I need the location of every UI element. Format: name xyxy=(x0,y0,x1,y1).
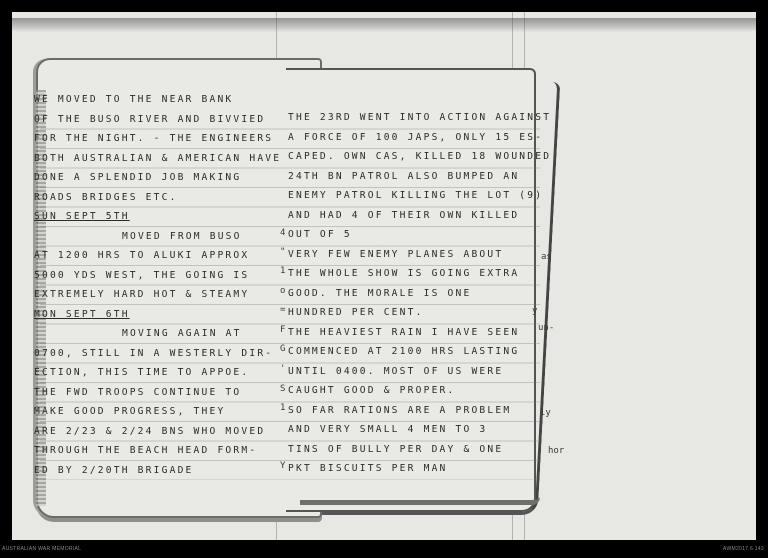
back-page-fragment: ly xyxy=(540,408,551,418)
diary-line-text: until 0400. Most of us were xyxy=(288,366,503,377)
diary-line-text: Very few enemy planes about xyxy=(288,249,503,260)
diary-line-text: commenced at 2100 hrs lasting xyxy=(288,346,519,357)
diary-line-text: ection, this time to Appoe. xyxy=(34,367,249,378)
diary-line: 24th Bn patrol also bumped an xyxy=(288,167,528,187)
diary-line: Moving again at xyxy=(34,324,284,344)
diary-line: at 1200 hrs to Aluki approx xyxy=(34,246,284,266)
margin-mark: " xyxy=(280,247,285,257)
diary-line-text: make good progress, they xyxy=(34,406,225,417)
back-page-fragment: un- xyxy=(538,323,554,333)
diary-line-text: 0700, still in a westerly dir- xyxy=(34,348,273,359)
scan-edge-shadow xyxy=(12,18,756,32)
diary-line: make good progress, they xyxy=(34,402,284,422)
diary-line-text: and very small 4 men to 3 xyxy=(288,424,487,435)
diary-line-text: The heaviest rain I have seen xyxy=(288,327,519,338)
margin-mark: Y xyxy=(280,461,285,471)
back-page-fragment: y xyxy=(532,306,537,316)
diary-line: 0700, still in a westerly dir- xyxy=(34,344,284,364)
diary-line: pkt biscuits per man xyxy=(288,459,528,479)
margin-mark: 4 xyxy=(280,228,285,238)
diary-line-text: Sun Sept 5th xyxy=(34,211,130,222)
diary-line: are 2/23 & 2/24 Bns who moved xyxy=(34,422,284,442)
margin-mark: 1 xyxy=(280,266,285,276)
margin-mark: 1 xyxy=(280,403,285,413)
diary-line: tins of bully per day & one xyxy=(288,440,528,460)
diary-line: roads bridges etc. xyxy=(34,188,284,208)
back-page-fragment: as xyxy=(541,252,552,262)
diary-line-text: roads bridges etc. xyxy=(34,192,178,203)
diary-line: The heaviest rain I have seen xyxy=(288,323,528,343)
diary-line-text: We moved to the near bank xyxy=(34,94,233,105)
diary-line-text: Moved from Buso xyxy=(122,231,242,242)
diary-line-text: done a splendid job making xyxy=(34,172,241,183)
diary-line-text: The fwd troops continue to xyxy=(34,387,241,398)
diary-line: The 23rd went into action against xyxy=(288,108,528,128)
right-page-text: The 23rd went into action againsta force… xyxy=(288,108,528,479)
diary-line: The whole show is going extra xyxy=(288,264,528,284)
diary-line-text: at 1200 hrs to Aluki approx xyxy=(34,250,249,261)
diary-line: for the night. - The engineers xyxy=(34,129,284,149)
diary-line: good. The morale is one xyxy=(288,284,528,304)
diary-line: Moved from Buso xyxy=(34,227,284,247)
diary-line: of the Buso River and bivvied xyxy=(34,110,284,130)
diary-line: The fwd troops continue to xyxy=(34,383,284,403)
margin-mark: o xyxy=(280,286,285,296)
diary-line: out of 5 xyxy=(288,225,528,245)
back-page-fragment: hor xyxy=(548,446,564,456)
diary-line: Very few enemy planes about xyxy=(288,245,528,265)
diary-line: 5000 yds west, the going is xyxy=(34,266,284,286)
diary-line-text: out of 5 xyxy=(288,229,352,240)
diary-line: ed by 2/20th Brigade xyxy=(34,461,284,481)
diary-line: We moved to the near bank xyxy=(34,90,284,110)
diary-line-text: enemy patrol killing the lot (9) xyxy=(288,190,543,201)
diary-line-text: ed by 2/20th Brigade xyxy=(34,465,194,476)
diary-line: commenced at 2100 hrs lasting xyxy=(288,342,528,362)
diary-line-text: a force of 100 Japs, only 15 es- xyxy=(288,132,543,143)
diary-line: and very small 4 men to 3 xyxy=(288,420,528,440)
left-page-text: We moved to the near bankof the Buso Riv… xyxy=(34,90,284,480)
diary-line-text: The whole show is going extra xyxy=(288,268,519,279)
diary-line-text: of the Buso River and bivvied xyxy=(34,114,265,125)
diary-line-text: So far rations are a problem xyxy=(288,405,511,416)
diary-line-text: for the night. - The engineers xyxy=(34,133,273,144)
diary-line-text: Moving again at xyxy=(122,328,242,339)
diary-line-text: caught good & proper. xyxy=(288,385,456,396)
diary-line-text: and had 4 of their own killed xyxy=(288,210,519,221)
diary-line-text: pkt biscuits per man xyxy=(288,463,448,474)
diary-line-text: good. The morale is one xyxy=(288,288,471,299)
diary-line-text: extremely hard hot & steamy xyxy=(34,289,249,300)
diary-line: both Australian & American have xyxy=(34,149,284,169)
diary-line: done a splendid job making xyxy=(34,168,284,188)
margin-mark: = xyxy=(280,305,285,315)
diary-line: a force of 100 Japs, only 15 es- xyxy=(288,128,528,148)
margin-mark: G xyxy=(280,344,285,354)
diary-date-heading: Mon Sept 6th xyxy=(34,305,284,325)
diary-line: until 0400. Most of us were xyxy=(288,362,528,382)
diary-line-text: 24th Bn patrol also bumped an xyxy=(288,171,519,182)
archive-caption: AUSTRALIAN WAR MEMORIAL xyxy=(2,546,81,552)
diary-line-text: The 23rd went into action against xyxy=(288,112,551,123)
margin-mark: ' xyxy=(280,364,285,374)
diary-date-heading: Sun Sept 5th xyxy=(34,207,284,227)
diary-line-text: both Australian & American have xyxy=(34,153,281,164)
diary-line-text: caped. Own cas, killed 18 wounded xyxy=(288,151,551,162)
diary-line-text: 5000 yds west, the going is xyxy=(34,270,249,281)
diary-line-text: Mon Sept 6th xyxy=(34,309,130,320)
diary-line: enemy patrol killing the lot (9) xyxy=(288,186,528,206)
diary-line: through the beach head form- xyxy=(34,441,284,461)
diary-line-text: through the beach head form- xyxy=(34,445,257,456)
diary-line: caught good & proper. xyxy=(288,381,528,401)
margin-mark: F xyxy=(280,325,285,335)
diary-line: and had 4 of their own killed xyxy=(288,206,528,226)
diary-line: hundred per cent. xyxy=(288,303,528,323)
diary-line-text: are 2/23 & 2/24 Bns who moved xyxy=(34,426,265,437)
diary-line: caped. Own cas, killed 18 wounded xyxy=(288,147,528,167)
diary-line-text: hundred per cent. xyxy=(288,307,424,318)
diary-line: ection, this time to Appoe. xyxy=(34,363,284,383)
diary-line: extremely hard hot & steamy xyxy=(34,285,284,305)
diary-line-text: tins of bully per day & one xyxy=(288,444,503,455)
notebook-bottom-edge xyxy=(300,490,540,505)
margin-mark: S xyxy=(280,384,285,394)
diary-line: So far rations are a problem xyxy=(288,401,528,421)
archive-reference: AWM2017.6.143 xyxy=(723,546,764,552)
